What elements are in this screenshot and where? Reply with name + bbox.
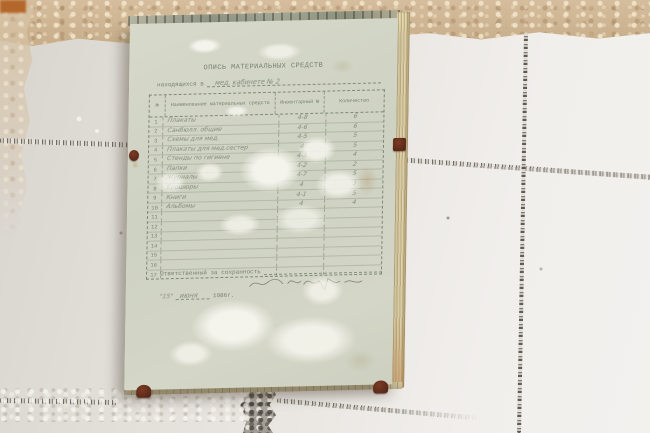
row-quantity: 6 [326,112,383,122]
row-number: 1 [149,117,163,126]
row-inventory: 4-7 [278,171,325,181]
plaster-stain [257,42,301,61]
header-inventory: Инвентарный № [276,92,325,114]
row-number: 8 [148,184,162,193]
rust-clip-bottom-right [373,380,388,393]
row-inventory: 4-8 [279,114,326,124]
dirt-stain [338,344,382,377]
signature-scribble [248,271,368,292]
photo-tiled-wall-with-document: ОПИСЬ МАТЕРИАЛЬНЫХ СРЕДСТВ находящихся в… [0,0,650,433]
row-quantity [325,227,382,237]
tile-specks [0,0,2,2]
row-inventory: 4 [279,142,326,152]
row-number: 17 [147,270,161,279]
row-quantity: 6 [326,122,383,132]
row-quantity [325,208,382,218]
plaster-stain [265,315,358,365]
rust-clip-right [393,138,406,151]
header-name: Наименование материальных средств [166,93,276,117]
row-quantity: 5 [326,141,383,151]
row-quantity: 3 [325,179,382,189]
row-quantity [324,246,381,256]
row-number: 2 [149,127,163,136]
row-quantity [325,217,382,227]
row-number: 14 [147,241,161,250]
row-number: 15 [147,251,161,260]
row-quantity: 5 [325,189,382,199]
location-handwriting: мед. кабинете № 2 [214,78,280,87]
row-number: 7 [149,175,163,184]
row-number: 5 [149,156,163,165]
row-number: 4 [149,146,163,155]
grout-line-vertical-right [517,33,528,433]
inventory-rows: 1Плакаты4-862Санбюлл. общие4-663Схемы дл… [147,112,383,279]
date-month-line: июня [176,290,210,300]
rust-clip-bottom-left [136,385,151,398]
sheet-title: ОПИСЬ МАТЕРИАЛЬНЫХ СРЕДСТВ [129,60,397,74]
row-inventory [278,228,325,238]
row-number: 11 [148,213,162,222]
plaster-stain [169,340,213,367]
header-number: № [150,95,166,116]
row-quantity: 4 [326,151,383,161]
plaster-stain [188,38,222,54]
orange-corner-mark [0,0,26,13]
row-inventory [277,238,324,248]
row-quantity: 5 [326,131,383,141]
row-inventory: 4-1 [278,190,325,200]
header-quantity: Количество [325,90,384,112]
row-quantity: 5 [325,170,382,180]
row-number: 13 [148,232,162,241]
date-day: "15" [159,293,173,300]
location-label: находящихся в [157,80,204,88]
row-inventory: 4-5 [279,133,326,143]
date-year: 1986г. [213,292,235,299]
date-month: июня [179,292,198,300]
row-inventory: 4 [278,200,325,210]
row-inventory [277,247,324,257]
plaster-stain [191,299,276,353]
row-number: 9 [148,194,162,203]
row-inventory: 4-6 [279,123,326,133]
row-number: 10 [148,203,162,212]
inventory-sheet: ОПИСЬ МАТЕРИАЛЬНЫХ СРЕДСТВ находящихся в… [124,18,398,390]
row-inventory [278,219,325,229]
row-number: 12 [148,222,162,231]
rough-plaster-left-streak [0,8,34,244]
date-line: "15" июня 1986г. [160,290,235,301]
row-inventory: 4-3 [279,152,326,162]
row-number: 3 [149,136,163,145]
row-quantity: 2 [326,160,383,170]
row-quantity: 4 [325,198,382,208]
grout-line-horizontal-right-lower [277,398,482,421]
inventory-table: № Наименование материальных средств Инве… [146,89,385,280]
row-inventory: 4 [278,180,325,190]
row-inventory [278,209,325,219]
row-inventory: 4-2 [279,161,326,171]
row-number: 6 [149,165,163,174]
location-line: находящихся в мед. кабинете № 2 [157,73,381,88]
document-stack: ОПИСЬ МАТЕРИАЛЬНЫХ СРЕДСТВ находящихся в… [124,18,398,390]
location-fill-line: мед. кабинете № 2 [207,73,381,87]
row-quantity [324,236,381,246]
